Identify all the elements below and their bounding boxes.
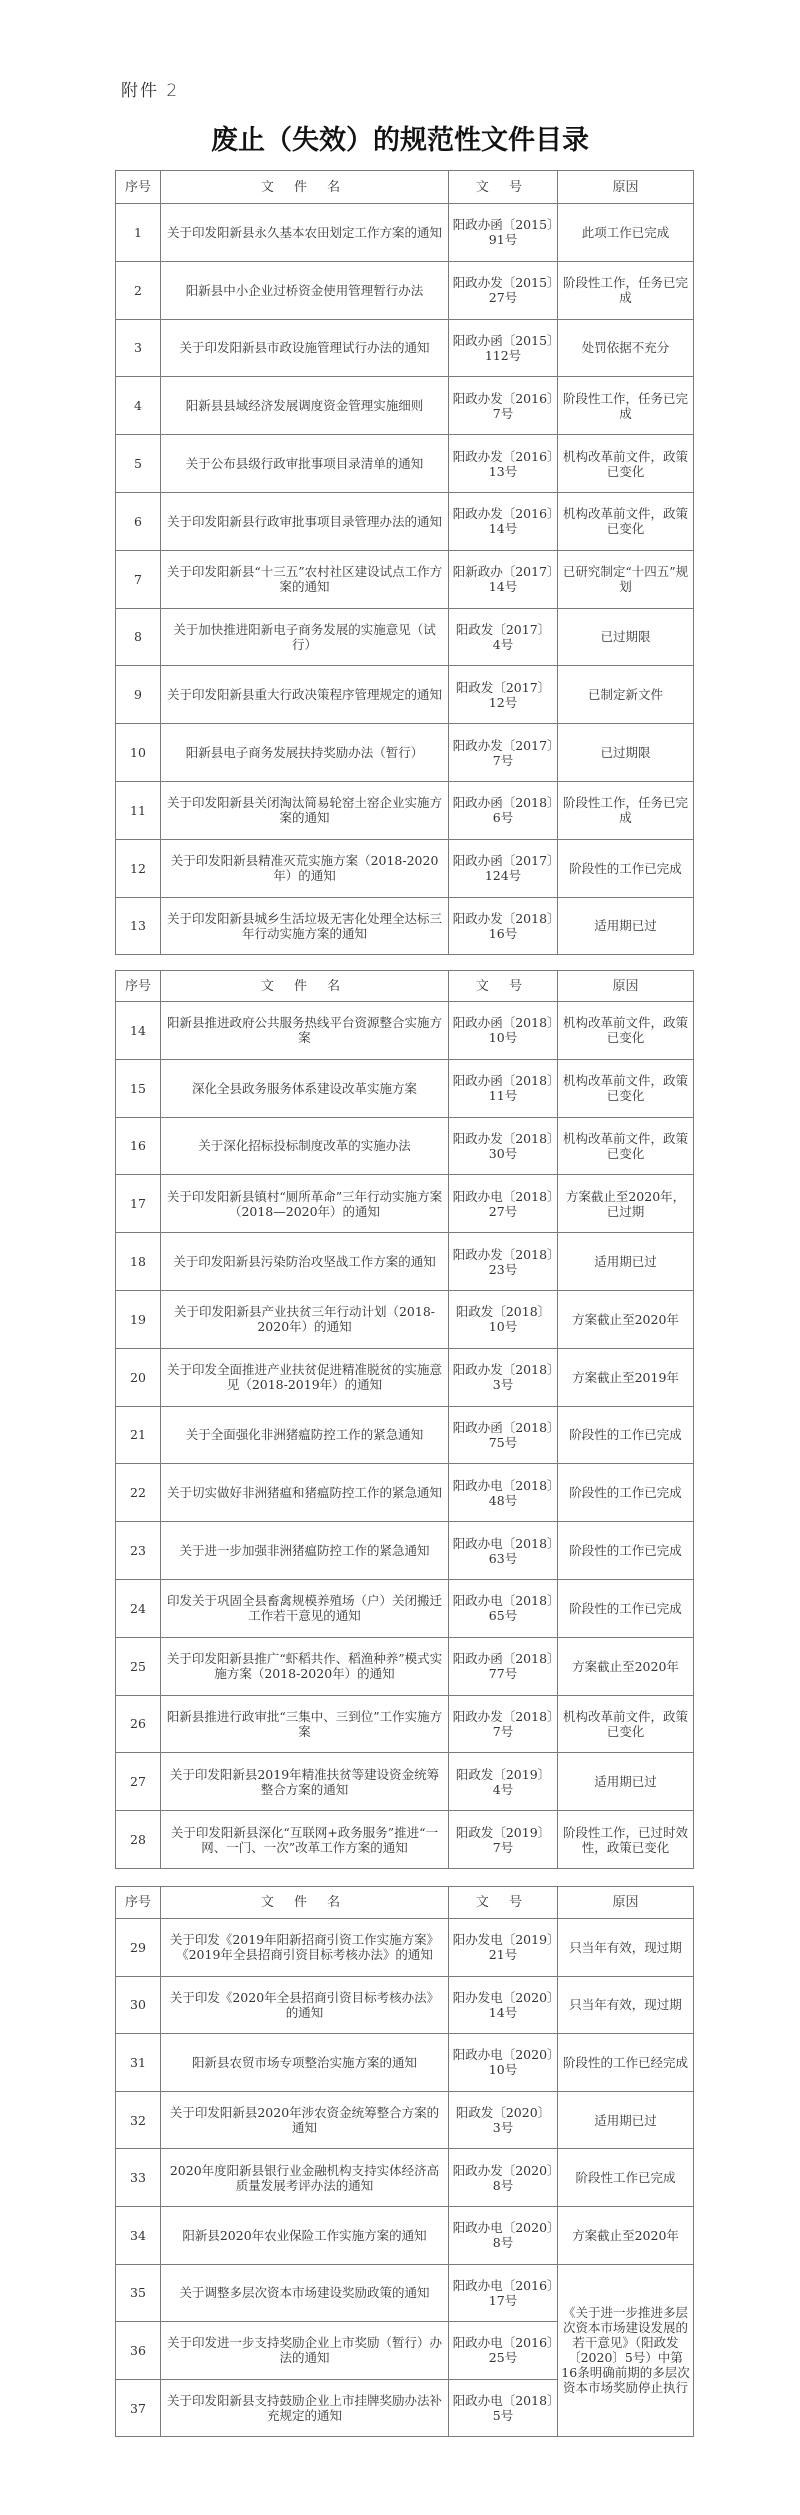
cell-doc-no: 阳政办电〔2018〕27号 bbox=[449, 1175, 558, 1233]
table-row: 4阳新县县域经济发展调度资金管理实施细则阳政办发〔2016〕7号阶段性工作，任务… bbox=[116, 377, 694, 435]
table-row: 2阳新县中小企业过桥资金使用管理暂行办法阳政办发〔2015〕27号阶段性工作，任… bbox=[116, 261, 694, 319]
cell-name: 关于印发阳新县2019年精准扶贫等建设资金统筹整合方案的通知 bbox=[161, 1753, 449, 1811]
table-row: 34阳新县2020年农业保险工作实施方案的通知阳政办电〔2020〕8号方案截止至… bbox=[116, 2206, 694, 2264]
cell-doc-no: 阳政发〔2019〕7号 bbox=[449, 1811, 558, 1869]
cell-doc-no: 阳政办电〔2018〕65号 bbox=[449, 1579, 558, 1637]
table-row: 31阳新县农贸市场专项整治实施方案的通知阳政办电〔2020〕10号阶段性的工作已… bbox=[116, 2034, 694, 2092]
cell-reason: 阶段性的工作已完成 bbox=[558, 839, 694, 897]
cell-name: 关于印发阳新县永久基本农田划定工作方案的通知 bbox=[161, 204, 449, 262]
cell-doc-no: 阳政发〔2019〕4号 bbox=[449, 1753, 558, 1811]
cell-seq: 20 bbox=[116, 1348, 161, 1406]
cell-seq: 15 bbox=[116, 1059, 161, 1117]
cell-reason: 阶段性的工作已完成 bbox=[558, 1522, 694, 1580]
cell-seq: 6 bbox=[116, 492, 161, 550]
table-row: 18关于印发阳新县污染防治攻坚战工作方案的通知阳政办发〔2018〕23号适用期已… bbox=[116, 1233, 694, 1291]
cell-name: 阳新县推进行政审批“三集中、三到位”工作实施方案 bbox=[161, 1695, 449, 1753]
cell-reason: 方案截止至2020年 bbox=[558, 1637, 694, 1695]
cell-name: 关于印发阳新县2020年涉农资金统筹整合方案的通知 bbox=[161, 2091, 449, 2149]
cell-reason: 只当年有效，现过期 bbox=[558, 1976, 694, 2034]
cell-doc-no: 阳政办发〔2018〕3号 bbox=[449, 1348, 558, 1406]
cell-reason: 阶段性工作，任务已完成 bbox=[558, 781, 694, 839]
cell-reason: 机构改革前文件，政策已变化 bbox=[558, 1002, 694, 1060]
cell-seq: 3 bbox=[116, 319, 161, 377]
cell-doc-no: 阳政办发〔2015〕27号 bbox=[449, 261, 558, 319]
cell-seq: 33 bbox=[116, 2149, 161, 2207]
cell-name: 关于印发阳新县推广“虾稻共作、稻渔种养”模式实施方案（2018-2020年）的通… bbox=[161, 1637, 449, 1695]
cell-reason: 已过期限 bbox=[558, 724, 694, 782]
table-row: 13关于印发阳新县城乡生活垃圾无害化处理全达标三年行动实施方案的通知阳政办发〔2… bbox=[116, 897, 694, 955]
table-row: 8关于加快推进阳新电子商务发展的实施意见（试行）阳政发〔2017〕4号已过期限 bbox=[116, 608, 694, 666]
cell-name: 关于切实做好非洲猪瘟和猪瘟防控工作的紧急通知 bbox=[161, 1464, 449, 1522]
cell-seq: 25 bbox=[116, 1637, 161, 1695]
cell-reason: 已过期限 bbox=[558, 608, 694, 666]
document-table-3: 序号 文 件 名 文 号 原因 29关于印发《2019年阳新招商引资工作实施方案… bbox=[115, 1886, 694, 2437]
table-row: 22关于切实做好非洲猪瘟和猪瘟防控工作的紧急通知阳政办电〔2018〕48号阶段性… bbox=[116, 1464, 694, 1522]
cell-seq: 5 bbox=[116, 435, 161, 493]
cell-reason: 适用期已过 bbox=[558, 2091, 694, 2149]
cell-seq: 17 bbox=[116, 1175, 161, 1233]
table-header-row: 序号 文 件 名 文 号 原因 bbox=[116, 1887, 694, 1919]
cell-seq: 27 bbox=[116, 1753, 161, 1811]
table-row: 25关于印发阳新县推广“虾稻共作、稻渔种养”模式实施方案（2018-2020年）… bbox=[116, 1637, 694, 1695]
cell-seq: 36 bbox=[116, 2322, 161, 2380]
cell-name: 关于深化招标投标制度改革的实施办法 bbox=[161, 1117, 449, 1175]
cell-doc-no: 阳政办发〔2018〕30号 bbox=[449, 1117, 558, 1175]
cell-reason: 适用期已过 bbox=[558, 1753, 694, 1811]
table-row: 15深化全县政务服务体系建设改革实施方案阳政办函〔2018〕11号机构改革前文件… bbox=[116, 1059, 694, 1117]
cell-name: 关于印发阳新县城乡生活垃圾无害化处理全达标三年行动实施方案的通知 bbox=[161, 897, 449, 955]
header-seq: 序号 bbox=[116, 971, 161, 1002]
cell-doc-no: 阳政办电〔2020〕8号 bbox=[449, 2206, 558, 2264]
cell-seq: 9 bbox=[116, 666, 161, 724]
page-title: 废止（失效）的规范性文件目录 bbox=[0, 118, 800, 157]
cell-name: 关于加快推进阳新电子商务发展的实施意见（试行） bbox=[161, 608, 449, 666]
cell-reason: 方案截止至2020年 bbox=[558, 1290, 694, 1348]
cell-name: 关于印发阳新县“十三五”农村社区建设试点工作方案的通知 bbox=[161, 550, 449, 608]
cell-reason: 适用期已过 bbox=[558, 897, 694, 955]
cell-doc-no: 阳政发〔2017〕4号 bbox=[449, 608, 558, 666]
cell-doc-no: 阳政办函〔2017〕124号 bbox=[449, 839, 558, 897]
cell-seq: 23 bbox=[116, 1522, 161, 1580]
table-row: 27关于印发阳新县2019年精准扶贫等建设资金统筹整合方案的通知阳政发〔2019… bbox=[116, 1753, 694, 1811]
cell-seq: 8 bbox=[116, 608, 161, 666]
cell-doc-no: 阳政办函〔2018〕75号 bbox=[449, 1406, 558, 1464]
header-name: 文 件 名 bbox=[161, 171, 449, 204]
cell-reason: 阶段性工作，任务已完成 bbox=[558, 377, 694, 435]
cell-seq: 31 bbox=[116, 2034, 161, 2092]
cell-name: 关于印发阳新县产业扶贫三年行动计划（2018-2020年）的通知 bbox=[161, 1290, 449, 1348]
table-row: 24印发关于巩固全县畜禽规模养殖场（户）关闭搬迁工作若干意见的通知阳政办电〔20… bbox=[116, 1579, 694, 1637]
header-doc-no: 文 号 bbox=[449, 971, 558, 1002]
table-row: 7关于印发阳新县“十三五”农村社区建设试点工作方案的通知阳新政办〔2017〕14… bbox=[116, 550, 694, 608]
cell-doc-no: 阳政办函〔2018〕6号 bbox=[449, 781, 558, 839]
cell-seq: 14 bbox=[116, 1002, 161, 1060]
cell-doc-no: 阳政办发〔2018〕16号 bbox=[449, 897, 558, 955]
cell-reason: 已制定新文件 bbox=[558, 666, 694, 724]
cell-name: 关于调整多层次资本市场建设奖励政策的通知 bbox=[161, 2264, 449, 2322]
cell-reason: 阶段性的工作已完成 bbox=[558, 1406, 694, 1464]
cell-doc-no: 阳政办电〔2018〕5号 bbox=[449, 2379, 558, 2437]
cell-reason: 机构改革前文件，政策已变化 bbox=[558, 1695, 694, 1753]
cell-name: 关于印发阳新县支持鼓励企业上市挂牌奖励办法补充规定的通知 bbox=[161, 2379, 449, 2437]
table-row: 10阳新县电子商务发展扶持奖励办法（暂行）阳政办发〔2017〕7号已过期限 bbox=[116, 724, 694, 782]
cell-doc-no: 阳政办函〔2018〕10号 bbox=[449, 1002, 558, 1060]
header-name: 文 件 名 bbox=[161, 971, 449, 1002]
table-row: 19关于印发阳新县产业扶贫三年行动计划（2018-2020年）的通知阳政发〔20… bbox=[116, 1290, 694, 1348]
header-reason: 原因 bbox=[558, 171, 694, 204]
table-row: 332020年度阳新县银行业金融机构支持实体经济高质量发展考评办法的通知阳政办发… bbox=[116, 2149, 694, 2207]
cell-doc-no: 阳办发电〔2020〕14号 bbox=[449, 1976, 558, 2034]
cell-reason: 机构改革前文件，政策已变化 bbox=[558, 1117, 694, 1175]
header-seq: 序号 bbox=[116, 1887, 161, 1919]
cell-seq: 10 bbox=[116, 724, 161, 782]
cell-doc-no: 阳政办发〔2017〕7号 bbox=[449, 724, 558, 782]
cell-doc-no: 阳政办发〔2016〕14号 bbox=[449, 492, 558, 550]
cell-seq: 22 bbox=[116, 1464, 161, 1522]
cell-reason: 阶段性的工作已经完成 bbox=[558, 2034, 694, 2092]
cell-name: 阳新县县域经济发展调度资金管理实施细则 bbox=[161, 377, 449, 435]
cell-seq: 18 bbox=[116, 1233, 161, 1291]
table-row: 29关于印发《2019年阳新招商引资工作实施方案》《2019年全县招商引资目标考… bbox=[116, 1919, 694, 1977]
cell-doc-no: 阳政发〔2020〕3号 bbox=[449, 2091, 558, 2149]
header-seq: 序号 bbox=[116, 171, 161, 204]
header-reason: 原因 bbox=[558, 1887, 694, 1919]
cell-doc-no: 阳政办电〔2016〕25号 bbox=[449, 2322, 558, 2380]
attachment-label: 附件 2 bbox=[121, 76, 179, 101]
header-name: 文 件 名 bbox=[161, 1887, 449, 1919]
cell-seq: 16 bbox=[116, 1117, 161, 1175]
cell-reason: 机构改革前文件，政策已变化 bbox=[558, 492, 694, 550]
cell-seq: 37 bbox=[116, 2379, 161, 2437]
cell-name: 阳新县推进政府公共服务热线平台资源整合实施方案 bbox=[161, 1002, 449, 1060]
cell-reason: 只当年有效，现过期 bbox=[558, 1919, 694, 1977]
table-row: 21关于全面强化非洲猪瘟防控工作的紧急通知阳政办函〔2018〕75号阶段性的工作… bbox=[116, 1406, 694, 1464]
cell-reason: 方案截止至2019年 bbox=[558, 1348, 694, 1406]
cell-seq: 19 bbox=[116, 1290, 161, 1348]
cell-seq: 28 bbox=[116, 1811, 161, 1869]
table-header-row: 序号 文 件 名 文 号 原因 bbox=[116, 971, 694, 1002]
table-header-row: 序号 文 件 名 文 号 原因 bbox=[116, 171, 694, 204]
table-row: 11关于印发阳新县关闭淘汰简易轮窑土窑企业实施方案的通知阳政办函〔2018〕6号… bbox=[116, 781, 694, 839]
cell-seq: 30 bbox=[116, 1976, 161, 2034]
table-row: 5关于公布县级行政审批事项目录清单的通知阳政办发〔2016〕13号机构改革前文件… bbox=[116, 435, 694, 493]
cell-seq: 35 bbox=[116, 2264, 161, 2322]
cell-name: 关于公布县级行政审批事项目录清单的通知 bbox=[161, 435, 449, 493]
table-row: 9关于印发阳新县重大行政决策程序管理规定的通知阳政发〔2017〕12号已制定新文… bbox=[116, 666, 694, 724]
cell-name: 关于印发《2019年阳新招商引资工作实施方案》《2019年全县招商引资目标考核办… bbox=[161, 1919, 449, 1977]
cell-reason: 阶段性工作，任务已完成 bbox=[558, 261, 694, 319]
cell-reason: 已研究制定“十四五”规划 bbox=[558, 550, 694, 608]
cell-doc-no: 阳政发〔2018〕10号 bbox=[449, 1290, 558, 1348]
cell-reason: 适用期已过 bbox=[558, 1233, 694, 1291]
cell-doc-no: 阳政办发〔2016〕13号 bbox=[449, 435, 558, 493]
cell-reason: 阶段性工作已完成 bbox=[558, 2149, 694, 2207]
cell-doc-no: 阳政办函〔2015〕91号 bbox=[449, 204, 558, 262]
cell-doc-no: 阳政办发〔2016〕7号 bbox=[449, 377, 558, 435]
cell-reason: 阶段性的工作已完成 bbox=[558, 1464, 694, 1522]
cell-name: 印发关于巩固全县畜禽规模养殖场（户）关闭搬迁工作若干意见的通知 bbox=[161, 1579, 449, 1637]
cell-name: 阳新县中小企业过桥资金使用管理暂行办法 bbox=[161, 261, 449, 319]
cell-seq: 1 bbox=[116, 204, 161, 262]
cell-reason: 《关于进一步推进多层次资本市场建设发展的若干意见》（阳政发〔2020〕5号）中第… bbox=[558, 2264, 694, 2437]
table-row: 17关于印发阳新县镇村“厕所革命”三年行动实施方案（2018—2020年）的通知… bbox=[116, 1175, 694, 1233]
cell-seq: 21 bbox=[116, 1406, 161, 1464]
table-row: 23关于进一步加强非洲猪瘟防控工作的紧急通知阳政办电〔2018〕63号阶段性的工… bbox=[116, 1522, 694, 1580]
cell-name: 阳新县电子商务发展扶持奖励办法（暂行） bbox=[161, 724, 449, 782]
cell-seq: 12 bbox=[116, 839, 161, 897]
cell-reason: 此项工作已完成 bbox=[558, 204, 694, 262]
cell-doc-no: 阳政办电〔2016〕17号 bbox=[449, 2264, 558, 2322]
cell-seq: 24 bbox=[116, 1579, 161, 1637]
header-reason: 原因 bbox=[558, 971, 694, 1002]
table-row: 26阳新县推进行政审批“三集中、三到位”工作实施方案阳政办发〔2018〕7号机构… bbox=[116, 1695, 694, 1753]
cell-name: 阳新县2020年农业保险工作实施方案的通知 bbox=[161, 2206, 449, 2264]
cell-name: 关于印发阳新县深化“互联网+政务服务”推进“一网、一门、一次”改革工作方案的通知 bbox=[161, 1811, 449, 1869]
cell-reason: 机构改革前文件，政策已变化 bbox=[558, 435, 694, 493]
cell-name: 关于印发阳新县污染防治攻坚战工作方案的通知 bbox=[161, 1233, 449, 1291]
cell-name: 关于印发全面推进产业扶贫促进精准脱贫的实施意见（2018-2019年）的通知 bbox=[161, 1348, 449, 1406]
cell-reason: 阶段性工作，已过时效性，政策已变化 bbox=[558, 1811, 694, 1869]
cell-name: 关于印发阳新县关闭淘汰简易轮窑土窑企业实施方案的通知 bbox=[161, 781, 449, 839]
cell-seq: 13 bbox=[116, 897, 161, 955]
cell-name: 关于印发阳新县镇村“厕所革命”三年行动实施方案（2018—2020年）的通知 bbox=[161, 1175, 449, 1233]
cell-name: 关于印发阳新县精准灭荒实施方案（2018-2020年）的通知 bbox=[161, 839, 449, 897]
cell-doc-no: 阳新政办〔2017〕14号 bbox=[449, 550, 558, 608]
header-doc-no: 文 号 bbox=[449, 1887, 558, 1919]
cell-reason: 方案截止至2020年 bbox=[558, 2206, 694, 2264]
table-row: 12关于印发阳新县精准灭荒实施方案（2018-2020年）的通知阳政办函〔201… bbox=[116, 839, 694, 897]
cell-doc-no: 阳政办发〔2018〕7号 bbox=[449, 1695, 558, 1753]
cell-seq: 7 bbox=[116, 550, 161, 608]
cell-name: 关于印发阳新县行政审批事项目录管理办法的通知 bbox=[161, 492, 449, 550]
cell-doc-no: 阳政办电〔2018〕63号 bbox=[449, 1522, 558, 1580]
table-row: 3关于印发阳新县市政设施管理试行办法的通知阳政办函〔2015〕112号处罚依据不… bbox=[116, 319, 694, 377]
cell-name: 阳新县农贸市场专项整治实施方案的通知 bbox=[161, 2034, 449, 2092]
cell-reason: 机构改革前文件，政策已变化 bbox=[558, 1059, 694, 1117]
cell-seq: 26 bbox=[116, 1695, 161, 1753]
cell-doc-no: 阳政办发〔2020〕8号 bbox=[449, 2149, 558, 2207]
cell-name: 关于全面强化非洲猪瘟防控工作的紧急通知 bbox=[161, 1406, 449, 1464]
cell-doc-no: 阳政办函〔2015〕112号 bbox=[449, 319, 558, 377]
table-row: 16关于深化招标投标制度改革的实施办法阳政办发〔2018〕30号机构改革前文件，… bbox=[116, 1117, 694, 1175]
document-table-2: 序号 文 件 名 文 号 原因 14阳新县推进政府公共服务热线平台资源整合实施方… bbox=[115, 970, 694, 1869]
cell-reason: 阶段性的工作已完成 bbox=[558, 1579, 694, 1637]
cell-doc-no: 阳政办电〔2018〕48号 bbox=[449, 1464, 558, 1522]
cell-seq: 32 bbox=[116, 2091, 161, 2149]
cell-doc-no: 阳政办电〔2020〕10号 bbox=[449, 2034, 558, 2092]
cell-name: 深化全县政务服务体系建设改革实施方案 bbox=[161, 1059, 449, 1117]
table-row: 35关于调整多层次资本市场建设奖励政策的通知阳政办电〔2016〕17号《关于进一… bbox=[116, 2264, 694, 2322]
cell-seq: 11 bbox=[116, 781, 161, 839]
cell-doc-no: 阳政办发〔2018〕23号 bbox=[449, 1233, 558, 1291]
table-row: 20关于印发全面推进产业扶贫促进精准脱贫的实施意见（2018-2019年）的通知… bbox=[116, 1348, 694, 1406]
cell-doc-no: 阳办发电〔2019〕21号 bbox=[449, 1919, 558, 1977]
cell-reason: 方案截止至2020年，已过期 bbox=[558, 1175, 694, 1233]
table-row: 28关于印发阳新县深化“互联网+政务服务”推进“一网、一门、一次”改革工作方案的… bbox=[116, 1811, 694, 1869]
cell-seq: 29 bbox=[116, 1919, 161, 1977]
cell-doc-no: 阳政办函〔2018〕77号 bbox=[449, 1637, 558, 1695]
cell-name: 关于印发《2020年全县招商引资目标考核办法》的通知 bbox=[161, 1976, 449, 2034]
cell-name: 关于印发阳新县市政设施管理试行办法的通知 bbox=[161, 319, 449, 377]
table-row: 30关于印发《2020年全县招商引资目标考核办法》的通知阳办发电〔2020〕14… bbox=[116, 1976, 694, 2034]
document-table-1: 序号 文 件 名 文 号 原因 1关于印发阳新县永久基本农田划定工作方案的通知阳… bbox=[115, 170, 694, 955]
table-row: 14阳新县推进政府公共服务热线平台资源整合实施方案阳政办函〔2018〕10号机构… bbox=[116, 1002, 694, 1060]
table-row: 6关于印发阳新县行政审批事项目录管理办法的通知阳政办发〔2016〕14号机构改革… bbox=[116, 492, 694, 550]
cell-name: 关于印发进一步支持奖励企业上市奖励（暂行）办法的通知 bbox=[161, 2322, 449, 2380]
table-row: 1关于印发阳新县永久基本农田划定工作方案的通知阳政办函〔2015〕91号此项工作… bbox=[116, 204, 694, 262]
header-doc-no: 文 号 bbox=[449, 171, 558, 204]
cell-seq: 4 bbox=[116, 377, 161, 435]
cell-doc-no: 阳政办函〔2018〕11号 bbox=[449, 1059, 558, 1117]
cell-seq: 2 bbox=[116, 261, 161, 319]
cell-reason: 处罚依据不充分 bbox=[558, 319, 694, 377]
table-row: 32关于印发阳新县2020年涉农资金统筹整合方案的通知阳政发〔2020〕3号适用… bbox=[116, 2091, 694, 2149]
cell-doc-no: 阳政发〔2017〕12号 bbox=[449, 666, 558, 724]
cell-name: 关于印发阳新县重大行政决策程序管理规定的通知 bbox=[161, 666, 449, 724]
cell-seq: 34 bbox=[116, 2206, 161, 2264]
cell-name: 2020年度阳新县银行业金融机构支持实体经济高质量发展考评办法的通知 bbox=[161, 2149, 449, 2207]
cell-name: 关于进一步加强非洲猪瘟防控工作的紧急通知 bbox=[161, 1522, 449, 1580]
